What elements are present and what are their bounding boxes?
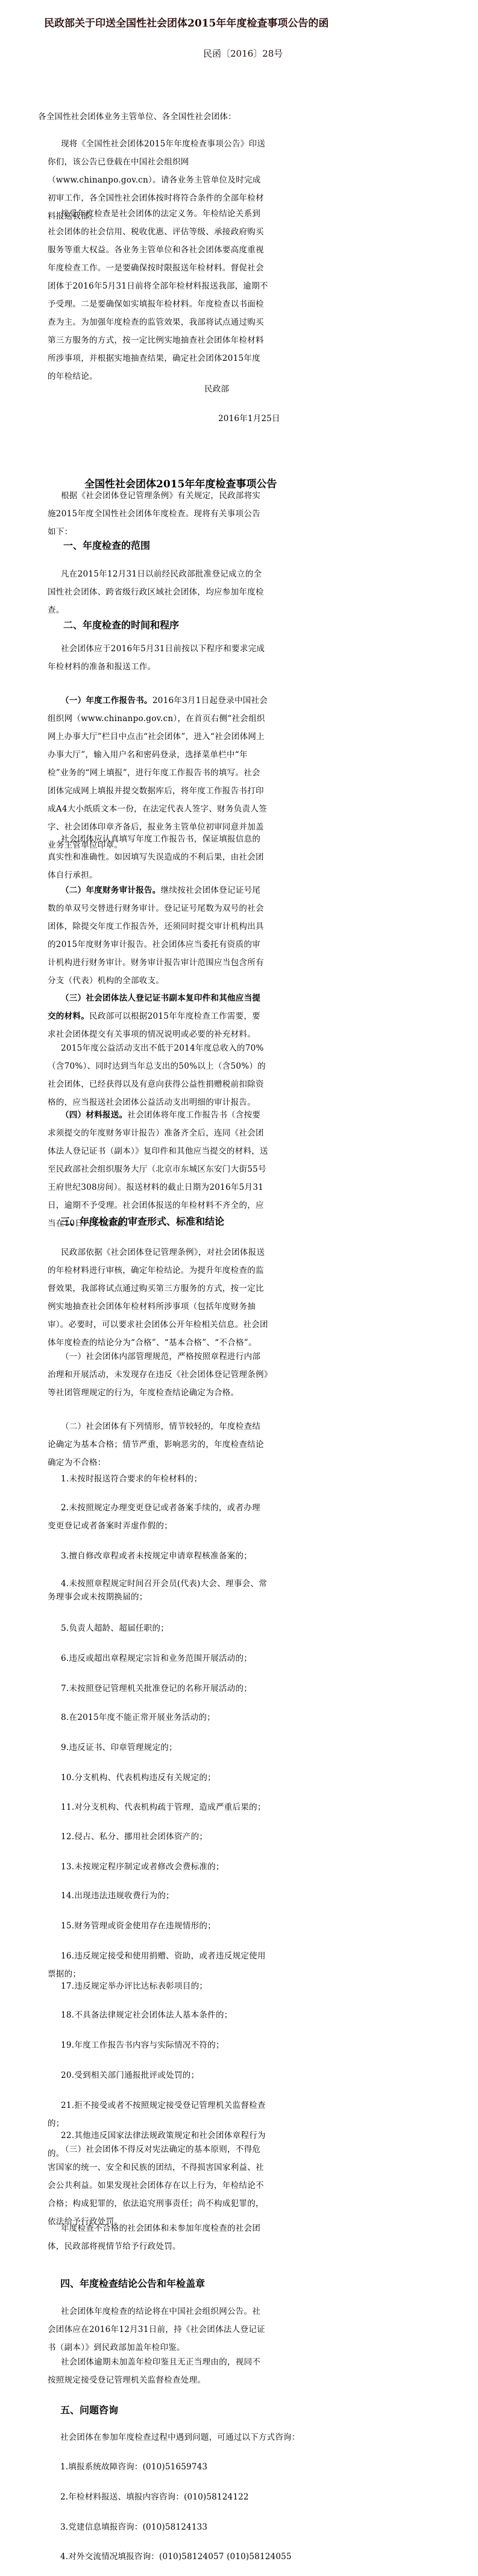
criterion-4: 4.未按照章程规定时间召开会员(代表)大会、理事会、常务理事会或未按期换届的； — [48, 1577, 268, 1604]
section-3-p3: （三）社会团体不得反对宪法确定的基本原则，不得危害国家的统一、安全和民族的团结，… — [48, 2140, 268, 2231]
letter-title: 民政部关于印送全国性社会团体2015年年度检查事项公告的函 — [44, 14, 329, 30]
section-2-item-1-note: 社会团体应认真填写年度工作报告书，保证填报信息的真实性和准确性。如因填写失误造成… — [48, 830, 268, 884]
criterion-9: 9.违反证书、印章管理规定的； — [48, 1739, 268, 1757]
section-2-heading: 二、年度检查的时间和程序 — [63, 617, 179, 631]
criterion-12: 12.侵占、私分、挪用社会团体资产的； — [48, 1828, 268, 1846]
criterion-14: 14.出现违法违规收费行为的； — [48, 1887, 268, 1905]
section-3-heading: 三、年度检查的审查形式、标准和结论 — [60, 1214, 224, 1228]
section-4-p2: 社会团体逾期未加盖年检印鉴且无正当理由的，视同不按照规定接受登记管理机关监督检查… — [48, 2353, 268, 2389]
section-2-item-2: （二）年度财务审计报告。继续按社会团体登记证号尾数的单双号交替进行财务审计。登记… — [48, 881, 268, 990]
criterion-20: 20.受到相关部门通报批评或处罚的； — [48, 2066, 268, 2084]
criterion-10: 10.分支机构、代表机构违反有关规定的； — [48, 1769, 268, 1787]
criterion-3: 3.擅自修改章程或者未按规定申请章程核准备案的； — [48, 1547, 268, 1565]
section-2-item-3: （三）社会团体法人登记证书副本复印件和其他应当提交的材料。民政部可以根据2015… — [48, 989, 268, 1043]
section-5-heading: 五、问题咨询 — [60, 2402, 118, 2416]
section-2-intro: 社会团体应于2016年5月31日前按以下程序和要求完成年检材料的准备和报送工作。 — [48, 640, 268, 676]
criterion-15: 15.财务管理或资金使用存在违规情形的； — [48, 1917, 268, 1935]
item-1-label: （一）年度工作报告书。 — [61, 696, 153, 705]
signature: 民政部 — [204, 386, 229, 394]
criterion-1: 1.未按时报送符合要求的年检材料的； — [48, 1470, 268, 1488]
criterion-18: 18.不具备法律规定社会团体法人基本条件的； — [48, 2006, 268, 2024]
letter-paragraph-2: 接受年度检查是社会团体的法定义务。年检结论关系到社会团体的社会信用、税收优惠、评… — [48, 205, 268, 386]
criterion-11: 11.对分支机构、代表机构疏于管理，造成严重后果的； — [48, 1798, 268, 1816]
letter-date: 2016年1月25日 — [218, 415, 280, 424]
criterion-5: 5.负责人超龄、超届任职的； — [48, 1619, 268, 1637]
section-3-intro: 民政部依据《社会团体登记管理条例》，对社会团体报送的年检材料进行审核，确定年检结… — [48, 1243, 268, 1352]
contact-1: 1.填报系统故障咨询：(010)51659743 — [60, 2463, 207, 2472]
contact-2: 2.年检材料报送、填报内容咨询：(010)58124122 — [60, 2493, 249, 2502]
item-4-label: （四）材料报送。 — [61, 1110, 127, 1120]
section-1-heading: 一、年度检查的范围 — [63, 538, 150, 552]
section-4-heading: 四、年度检查结论公告和年检盖章 — [60, 2276, 205, 2290]
item-4-text: 社会团体将年度工作报告书（含按要求须提交的年度财务审计报告）准备齐全后，连同《社… — [48, 1110, 268, 1228]
section-3-p1: （一）社会团体内部管理规范，严格按照章程进行内部治理和开展活动，未发现存在违反《… — [48, 1348, 268, 1402]
contact-3: 3.党建信息填报咨询：(010)58124133 — [60, 2524, 207, 2532]
criterion-7: 7.未按照登记管理机关批准登记的名称开展活动的； — [48, 1680, 268, 1698]
item-2-label: （二）年度财务审计报告。 — [61, 886, 161, 895]
section-1-text: 凡在2015年12月31日以前经民政部批准登记成立的全国性社会团体、跨省级行政区… — [48, 565, 268, 619]
salutation: 各全国性社会团体业务主管单位、各全国性社会团体： — [38, 113, 236, 122]
criterion-17: 17.违反规定举办评比达标表彰项目的； — [48, 1977, 268, 1995]
section-3-p2: （二）社会团体有下列情形，情节较轻的，年度检查结论确定为基本合格；情节严重，影响… — [48, 1418, 268, 1472]
contact-4: 4.对外交流情况填报咨询：(010)58124057 (010)58124055 — [60, 2553, 292, 2562]
document-number: 民函〔2016〕28号 — [203, 47, 283, 60]
item-2-text: 继续按社会团体登记证号尾数的单双号交替进行财务审计。登记证号尾数为双号的社会团体… — [48, 886, 264, 986]
section-5-intro: 社会团体在参加年度检查过程中遇到问题，可通过以下方式咨询： — [60, 2434, 300, 2442]
section-3-p4: 年度检查不合格的社会团体和未参加年度检查的社会团体，民政部将视情节给予行政处罚。 — [48, 2219, 268, 2256]
notice-intro: 根据《社会团体登记管理条例》有关规定，民政部将实施2015年度全国性社会团体年度… — [48, 487, 268, 541]
criterion-6: 6.违反或超出章程规定宗旨和业务范围开展活动的； — [48, 1649, 268, 1668]
criterion-2: 2.未按照规定办理变更登记或者备案手续的，或者办理变更登记或者备案时弄虚作假的； — [48, 1499, 268, 1535]
criterion-8: 8.在2015年度不能正常开展业务活动的； — [48, 1708, 268, 1727]
criterion-19: 19.年度工作报告书内容与实际情况不符的； — [48, 2036, 268, 2054]
criterion-13: 13.未按规定程序制定或者修改会费标准的； — [48, 1858, 268, 1876]
item-1-text: 2016年3月1日起登录中国社会组织网（www.chinanpo.gov.cn）… — [48, 696, 268, 850]
section-4-p1: 社会团体年度检查的结论将在中国社会组织网公告。社会团体应在2016年12月31日… — [48, 2302, 268, 2357]
section-2-item-3-note: 2015年度公益活动支出不低于2014年度总收入的70%（含70%）、同时达到当… — [48, 1039, 268, 1111]
